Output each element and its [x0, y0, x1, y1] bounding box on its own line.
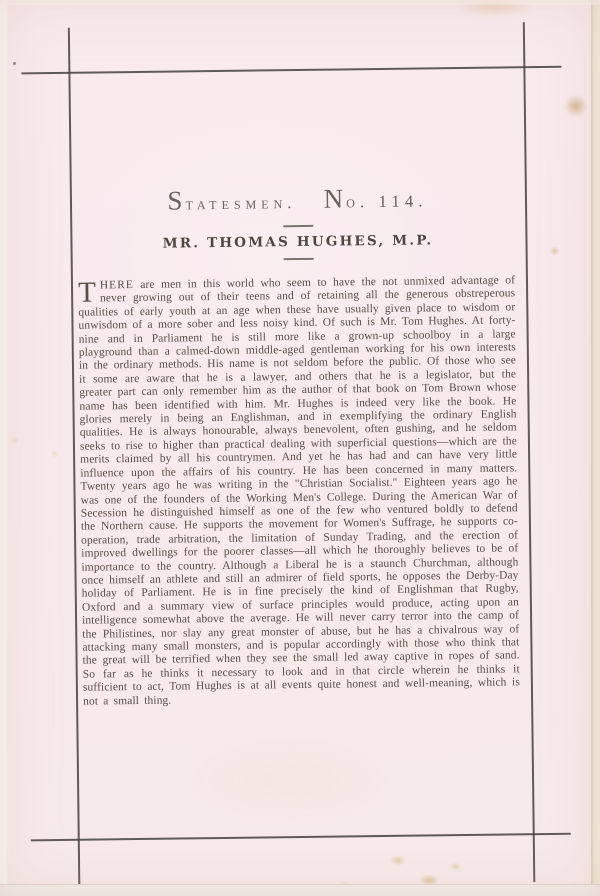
masthead-series: Statesmen. [167, 182, 296, 222]
frame-top-line [21, 66, 561, 74]
ornamental-rule-top [283, 225, 313, 227]
ornamental-rule-bottom [283, 258, 313, 260]
article-title: MR. THOMAS HUGHES, M.P. [70, 231, 525, 254]
masthead-number: No. 114. [323, 180, 427, 219]
printed-content: Statesmen. No. 114. MR. THOMAS HUGHES, M… [0, 0, 600, 896]
frame-right-line [523, 22, 535, 882]
page-header: Statesmen. No. 114. MR. THOMAS HUGHES, M… [70, 179, 526, 263]
body-text: are men in this world who seem to have t… [78, 274, 520, 707]
article-body: THERE are men in this world who seem to … [78, 274, 520, 708]
lead-word: HERE [100, 279, 134, 291]
frame-bottom-line [31, 833, 571, 841]
scanned-page: Statesmen. No. 114. MR. THOMAS HUGHES, M… [0, 0, 600, 896]
frame-left-line [68, 28, 80, 888]
dropcap: T [78, 279, 100, 305]
masthead: Statesmen. No. 114. [70, 179, 525, 223]
